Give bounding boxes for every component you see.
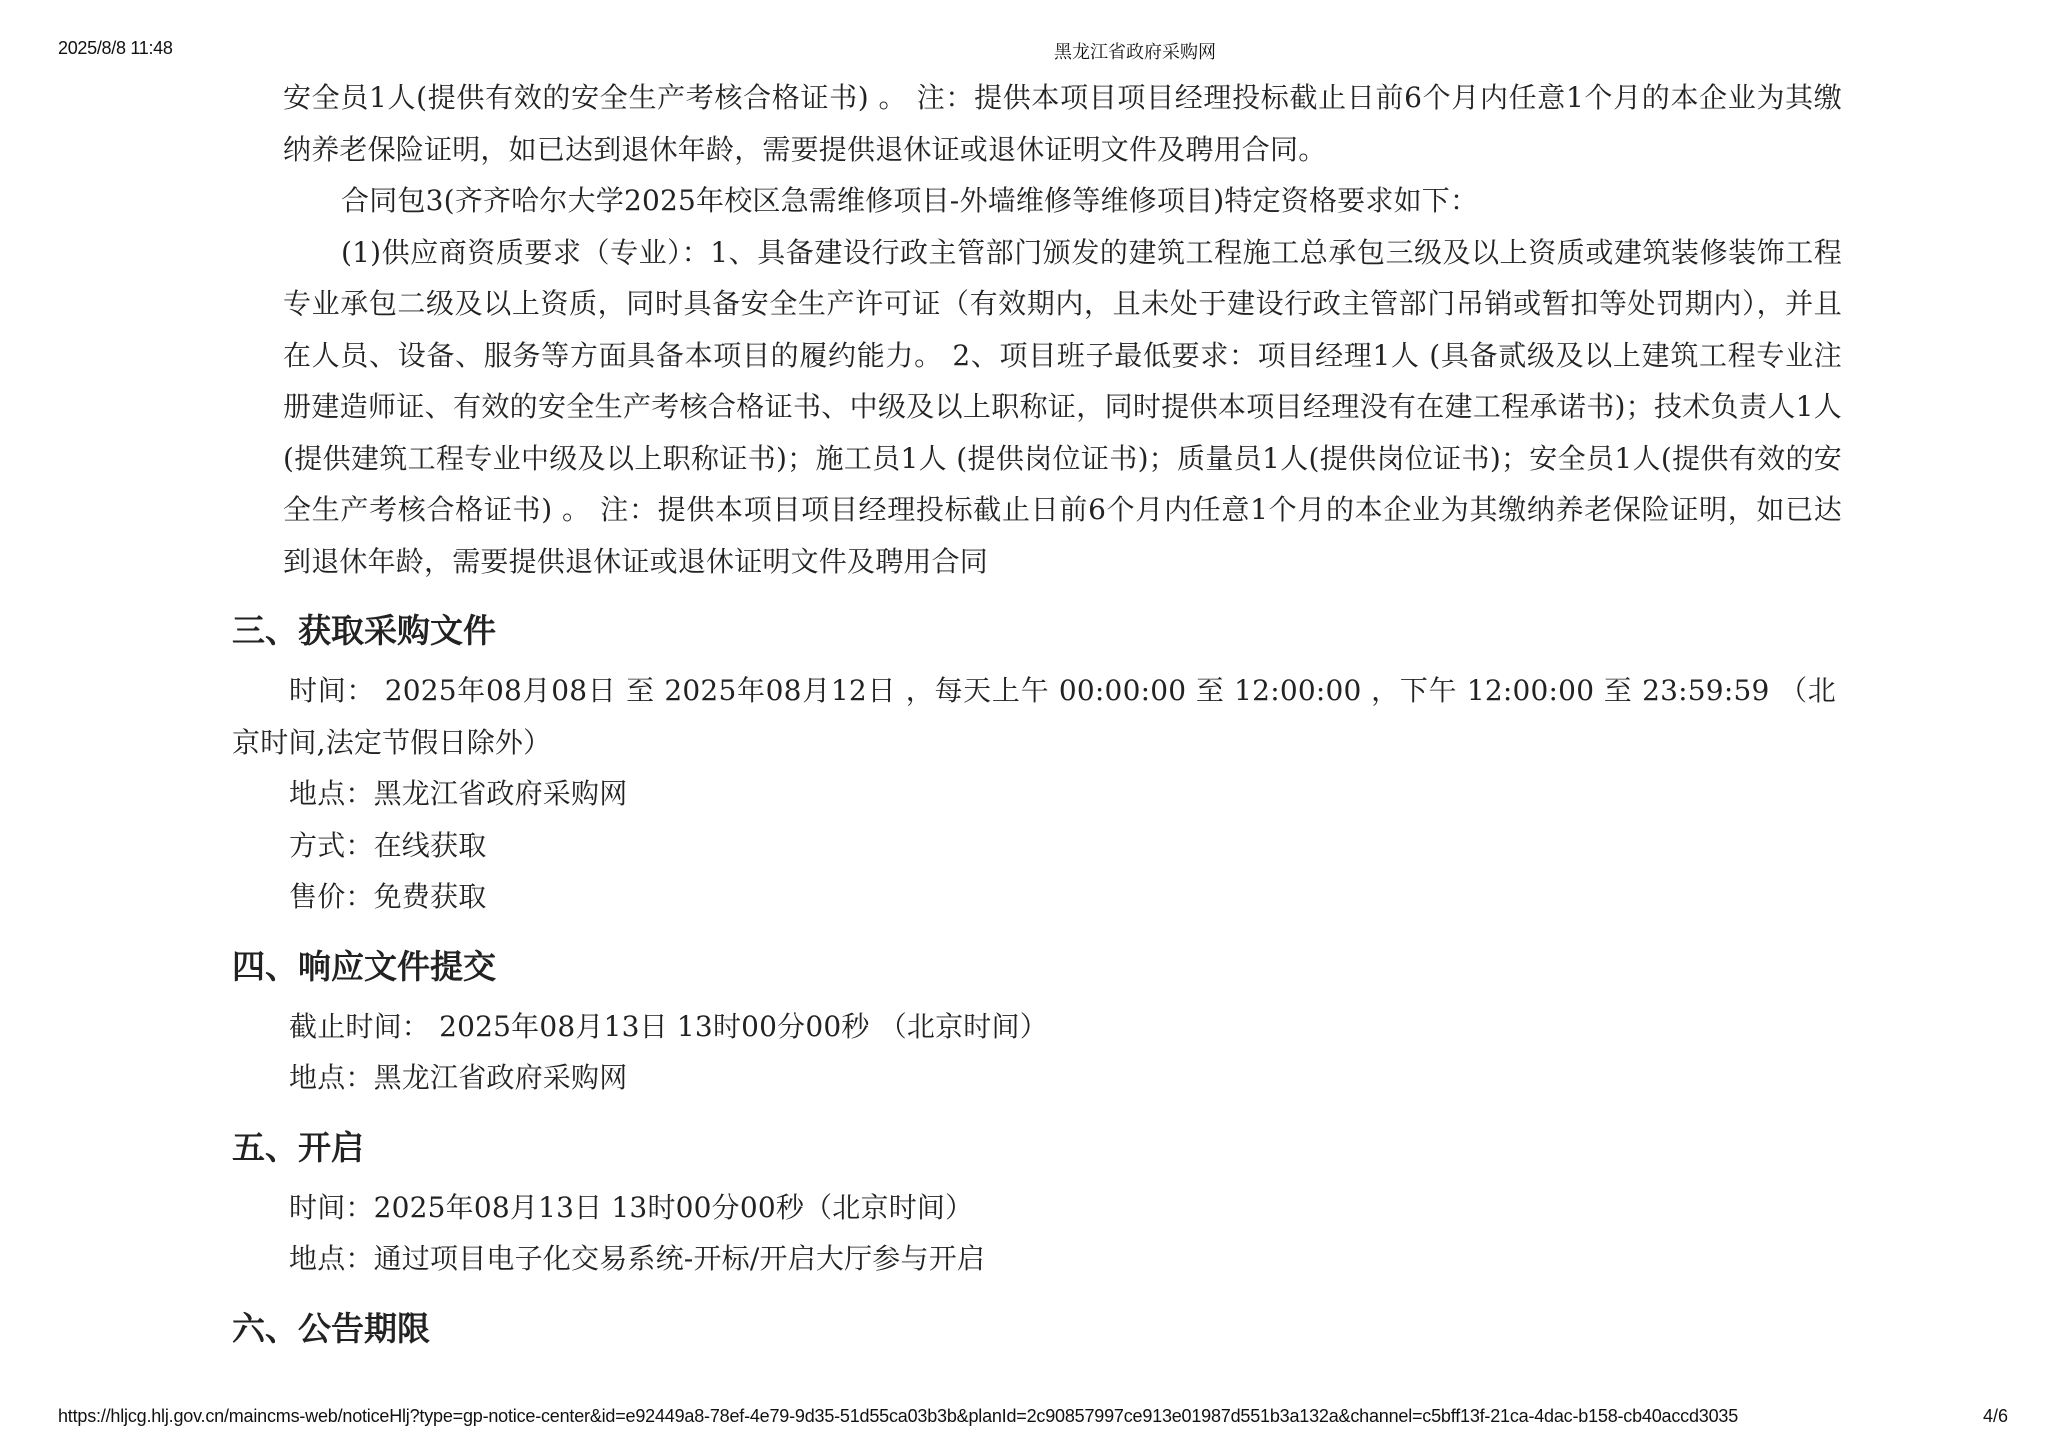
obtain-docs-price: 售价：免费获取 (232, 871, 1842, 923)
submission-location: 地点：黑龙江省政府采购网 (232, 1052, 1842, 1104)
section-heading-submission: 四、响应文件提交 (232, 941, 1842, 993)
section-notice-period: 六、公告期限 (232, 1303, 1842, 1355)
section-heading-notice-period: 六、公告期限 (232, 1303, 1842, 1355)
section-obtain-docs: 三、获取采购文件 时间： 2025年08月08日 至 2025年08月12日 ，… (232, 605, 1842, 923)
section-heading-opening: 五、开启 (232, 1122, 1842, 1174)
section-heading-obtain-docs: 三、获取采购文件 (232, 605, 1842, 657)
section-submission: 四、响应文件提交 截止时间： 2025年08月13日 13时00分00秒 （北京… (232, 941, 1842, 1104)
package3-requirements: (1)供应商资质要求（专业）：1、具备建设行政主管部门颁发的建筑工程施工总承包三… (232, 227, 1842, 588)
continued-paragraph: 安全员1人(提供有效的安全生产考核合格证书) 。 注：提供本项目项目经理投标截止… (232, 72, 1842, 175)
document-body: 安全员1人(提供有效的安全生产考核合格证书) 。 注：提供本项目项目经理投标截止… (232, 72, 1842, 1363)
submission-deadline: 截止时间： 2025年08月13日 13时00分00秒 （北京时间） (232, 1001, 1842, 1053)
print-footer-url: https://hljcg.hlj.gov.cn/maincms-web/not… (58, 1406, 1738, 1427)
print-header-site-title: 黑龙江省政府采购网 (0, 38, 2048, 64)
obtain-docs-time: 时间： 2025年08月08日 至 2025年08月12日 ，每天上午 00:0… (232, 665, 1836, 768)
obtain-docs-location: 地点：黑龙江省政府采购网 (232, 768, 1842, 820)
package3-intro: 合同包3(齐齐哈尔大学2025年校区急需维修项目-外墙维修等维修项目)特定资格要… (232, 175, 1842, 227)
section-opening: 五、开启 时间：2025年08月13日 13时00分00秒（北京时间） 地点：通… (232, 1122, 1842, 1285)
opening-time: 时间：2025年08月13日 13时00分00秒（北京时间） (232, 1182, 1842, 1234)
opening-location: 地点：通过项目电子化交易系统-开标/开启大厅参与开启 (232, 1233, 1842, 1285)
obtain-docs-method: 方式：在线获取 (232, 820, 1842, 872)
print-footer-page-indicator: 4/6 (1983, 1406, 2008, 1427)
